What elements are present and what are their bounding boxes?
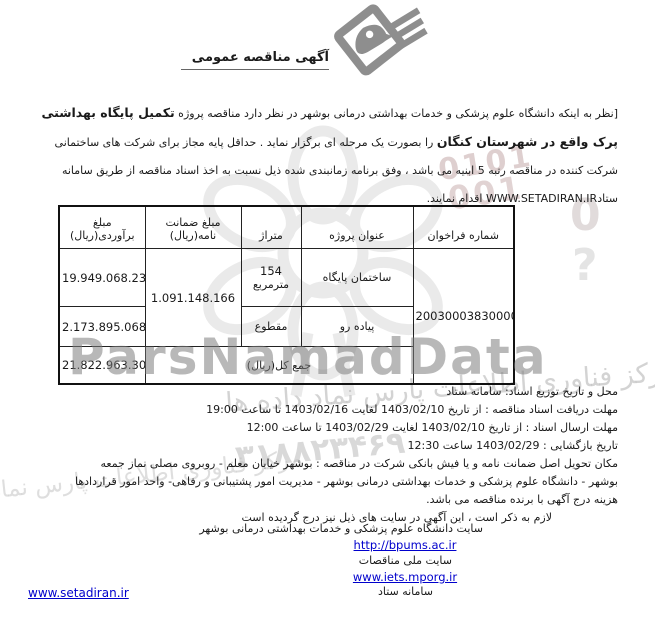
ad-cost-line: هزینه درج آگهی با برنده مناقصه می باشد. bbox=[25, 491, 618, 509]
project-name-bold-1: تکمیل پایگاه بهداشتی bbox=[41, 105, 174, 120]
setadiran-link-wrap: www.setadiran.ir bbox=[28, 586, 148, 600]
area-cell-1: 154 مترمربع bbox=[241, 249, 301, 307]
docs-distribution-line: محل و تاریخ توزیع اسناد: سامانه ستاد bbox=[25, 383, 618, 401]
iets-link[interactable]: www.iets.mporg.ir bbox=[353, 570, 457, 584]
schedule-details: محل و تاریخ توزیع اسناد: سامانه ستاد مهل… bbox=[25, 383, 618, 527]
col-header-guarantee: مبلغ ضمانت نامه(ریال) bbox=[145, 206, 241, 249]
area-value: 154 bbox=[244, 264, 299, 278]
intro-line-2: پرک واقع در شهرستان کنگان را بصورت یک مر… bbox=[25, 128, 618, 157]
intro-line-3: شرکت کننده در مناقصه رتبه 5 ابنیه می باش… bbox=[25, 157, 618, 185]
intro-line4-post: اقدام نمایند. bbox=[427, 192, 486, 205]
publisher-logo-icon bbox=[326, 2, 428, 76]
project-title-cell-2: پیاده رو bbox=[301, 307, 413, 347]
project-name-bold-2: پرک واقع در شهرستان کنگان bbox=[437, 134, 618, 149]
area-unit: مترمربع bbox=[244, 278, 299, 291]
total-label-cell: جمع کل(ریال) bbox=[145, 347, 413, 385]
table-row: 2003000383000001 ساختمان پایگاه 154 مترم… bbox=[59, 249, 514, 307]
tender-announcement-page: 0101 001 0 ? مرکز فناوری اطلاعات پارس نم… bbox=[0, 0, 655, 625]
intro-line1-text: [نظر به اینکه دانشگاه علوم پزشکی و خدمات… bbox=[175, 107, 618, 120]
bpums-link-wrap: http://bpums.ac.ir bbox=[300, 538, 510, 552]
opening-date-line: تاریخ بازگشایی : 1403/02/29 ساعت 12:30 bbox=[25, 437, 618, 455]
intro-line4-text: ستاد bbox=[597, 192, 618, 205]
area-cell-2: مقطوع bbox=[241, 307, 301, 347]
national-tenders-site-label: سایت ملی مناقصات bbox=[359, 554, 452, 567]
total-value-cell: 21.822.963.303 bbox=[59, 347, 145, 385]
intro-line2-text: را بصورت یک مرحله ای برگزار نماید . حداق… bbox=[55, 136, 437, 149]
col-header-call-number: شماره فراخوان bbox=[413, 206, 514, 249]
intro-paragraph: [نظر به اینکه دانشگاه علوم پزشکی و خدمات… bbox=[25, 99, 618, 213]
delivery-location-line-2: بوشهر - دانشگاه علوم پزشکی و خدمات بهداش… bbox=[25, 473, 618, 491]
docs-receive-deadline-line: مهلت دریافت اسناد مناقصه : از تاریخ 1403… bbox=[25, 401, 618, 419]
setadiran-url-inline: WWW.SETADIRAN.IR bbox=[486, 192, 597, 205]
page-title: آگهی مناقصه عمومی bbox=[181, 50, 329, 70]
iets-link-wrap: www.iets.mporg.ir bbox=[300, 570, 510, 584]
estimate-cell-2: 2.173.895.068 bbox=[59, 307, 145, 347]
guarantee-cell: 1.091.148.166 bbox=[145, 249, 241, 347]
col-header-area: متراژ bbox=[241, 206, 301, 249]
setad-system-label: سامانه ستاد bbox=[378, 585, 433, 598]
intro-line-1: [نظر به اینکه دانشگاه علوم پزشکی و خدمات… bbox=[25, 99, 618, 128]
tender-table: شماره فراخوان عنوان پروژه متراژ مبلغ ضما… bbox=[58, 205, 515, 385]
watermark-question-glyph: ? bbox=[572, 240, 598, 291]
delivery-location-line-1: مکان تحویل اصل ضمانت نامه و یا فیش بانکی… bbox=[25, 455, 618, 473]
col-header-estimate: مبلغ برآوردی(ریال) bbox=[59, 206, 145, 249]
bpums-link[interactable]: http://bpums.ac.ir bbox=[354, 538, 457, 552]
university-site-label: سایت دانشگاه علوم پزشکی و خدمات بهداشتی … bbox=[199, 522, 483, 535]
call-number-cell: 2003000383000001 bbox=[413, 249, 514, 385]
setadiran-link[interactable]: www.setadiran.ir bbox=[28, 586, 129, 600]
docs-send-deadline-line: مهلت ارسال اسناد : از تاریخ 1403/02/10 ل… bbox=[25, 419, 618, 437]
project-title-cell-1: ساختمان پایگاه bbox=[301, 249, 413, 307]
col-header-project-title: عنوان پروژه bbox=[301, 206, 413, 249]
estimate-cell-1: 19.949.068.235 bbox=[59, 249, 145, 307]
table-header-row: شماره فراخوان عنوان پروژه متراژ مبلغ ضما… bbox=[59, 206, 514, 249]
